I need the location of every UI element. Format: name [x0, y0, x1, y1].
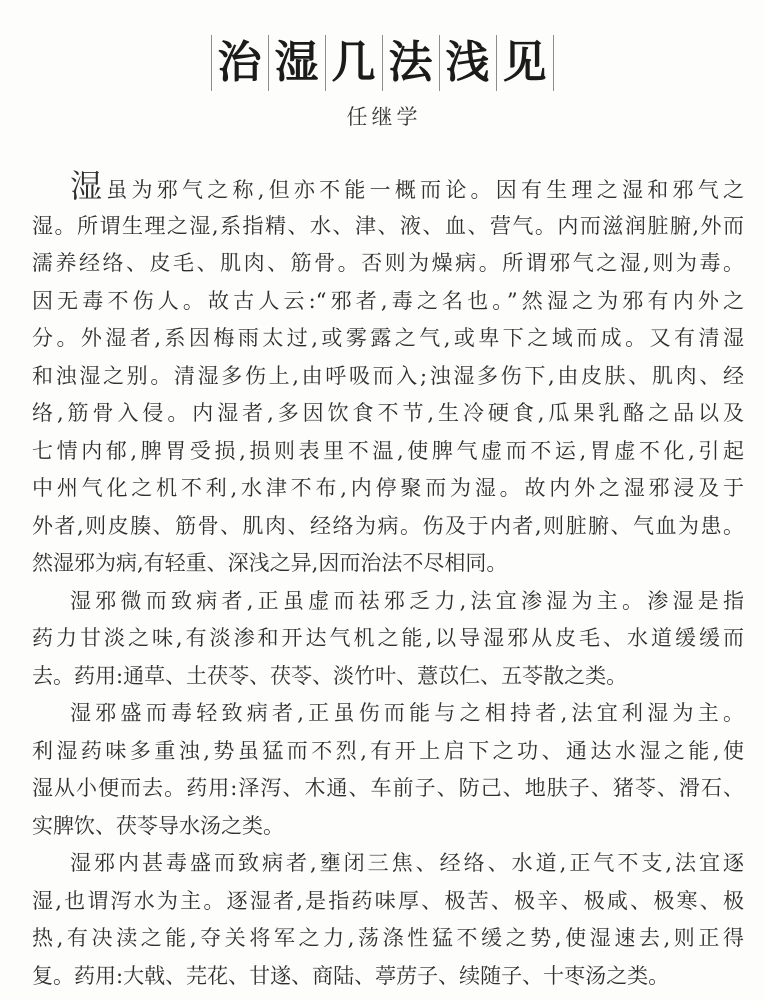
text-line: 络,筋骨入侵。内湿者,多因饮食不节,生冷硬食,瓜果乳酪之品以及 [32, 395, 744, 433]
title-divider [553, 35, 554, 91]
text-line: 湿邪内甚毒盛而致病者,壅闭三焦、经络、水道,正气不支,法宜逐 [32, 845, 744, 883]
author-name: 任继学 [0, 104, 764, 130]
text-line: 湿邪微而致病者,正虽虚而祛邪乏力,法宜渗湿为主。渗湿是指 [32, 583, 744, 621]
text-line: 七情内郁,脾胃受损,损则表里不温,使脾气虚而不运,胃虚不化,引起 [32, 433, 744, 471]
text-line: 湿虽为邪气之称,但亦不能一概而论。因有生理之湿和邪气之 [32, 170, 744, 208]
text-line: 实脾饮、茯苓导水汤之类。 [32, 808, 744, 846]
text-line: 热,有决渎之能,夺关将军之力,荡涤性猛不缓之势,使湿速去,则正得 [32, 920, 744, 958]
title-char: 湿 [269, 34, 325, 92]
paragraph: 湿邪盛而毒轻致病者,正虽伤而能与之相持者,法宜利湿为主。 利湿药味多重浊,势虽猛… [32, 695, 744, 845]
text-line: 中州气化之机不利,水津不布,内停聚而为湿。故内外之湿邪浸及于 [32, 470, 744, 508]
title-char: 见 [497, 34, 553, 92]
title-char: 治 [212, 34, 268, 92]
text-line: 然湿邪为病,有轻重、深浅之异,因而治法不尽相同。 [32, 545, 744, 583]
article-body: 湿虽为邪气之称,但亦不能一概而论。因有生理之湿和邪气之 湿。所谓生理之湿,系指精… [32, 170, 744, 995]
paragraph: 湿邪微而致病者,正虽虚而祛邪乏力,法宜渗湿为主。渗湿是指 药力甘淡之味,有淡渗和… [32, 583, 744, 696]
paragraph: 湿虽为邪气之称,但亦不能一概而论。因有生理之湿和邪气之 湿。所谓生理之湿,系指精… [32, 170, 744, 583]
text-line: 药力甘淡之味,有淡渗和开达气机之能,以导湿邪从皮毛、水道缓缓而 [32, 620, 744, 658]
text-line: 湿邪盛而毒轻致病者,正虽伤而能与之相持者,法宜利湿为主。 [32, 695, 744, 733]
text-line: 濡养经络、皮毛、肌肉、筋骨。否则为燥病。所谓邪气之湿,则为毒。 [32, 245, 744, 283]
text-line: 和浊湿之别。清湿多伤上,由呼吸而入;浊湿多伤下,由皮肤、肌肉、经 [32, 358, 744, 396]
text-line: 复。药用:大戟、芫花、甘遂、商陆、葶苈子、续随子、十枣汤之类。 [32, 958, 744, 996]
text-line: 利湿药味多重浊,势虽猛而不烈,有开上启下之功、通达水湿之能,使 [32, 733, 744, 771]
text-line: 外者,则皮腠、筋骨、肌肉、经络为病。伤及于内者,则脏腑、气血为患。 [32, 508, 744, 546]
title-char: 法 [383, 34, 439, 92]
title-char: 几 [326, 34, 382, 92]
text-line: 湿。所谓生理之湿,系指精、水、津、液、血、营气。内而滋润脏腑,外而 [32, 208, 744, 246]
text-line: 湿,也谓泻水为主。逐湿者,是指药味厚、极苦、极辛、极咸、极寒、极 [32, 883, 744, 921]
text-line: 因无毒不伤人。故古人云:“邪者,毒之名也。”然湿之为邪有内外之 [32, 283, 744, 321]
document-page: 治 湿 几 法 浅 见 任继学 湿虽为邪气之称,但亦不能一概而论。因有生理之湿和… [0, 0, 764, 1000]
paragraph: 湿邪内甚毒盛而致病者,壅闭三焦、经络、水道,正气不支,法宜逐 湿,也谓泻水为主。… [32, 845, 744, 995]
title-char: 浅 [440, 34, 496, 92]
text-line: 去。药用:通草、土茯苓、茯苓、淡竹叶、薏苡仁、五苓散之类。 [32, 658, 744, 696]
drop-cap: 湿 [70, 167, 106, 205]
text-line: 湿从小便而去。药用:泽泻、木通、车前子、防己、地肤子、猪苓、滑石、 [32, 770, 744, 808]
article-title: 治 湿 几 法 浅 见 [0, 34, 764, 92]
line-text: 虽为邪气之称,但亦不能一概而论。因有生理之湿和邪气之 [106, 178, 744, 202]
text-line: 分。外湿者,系因梅雨太过,或雾露之气,或卑下之域而成。又有清湿 [32, 320, 744, 358]
